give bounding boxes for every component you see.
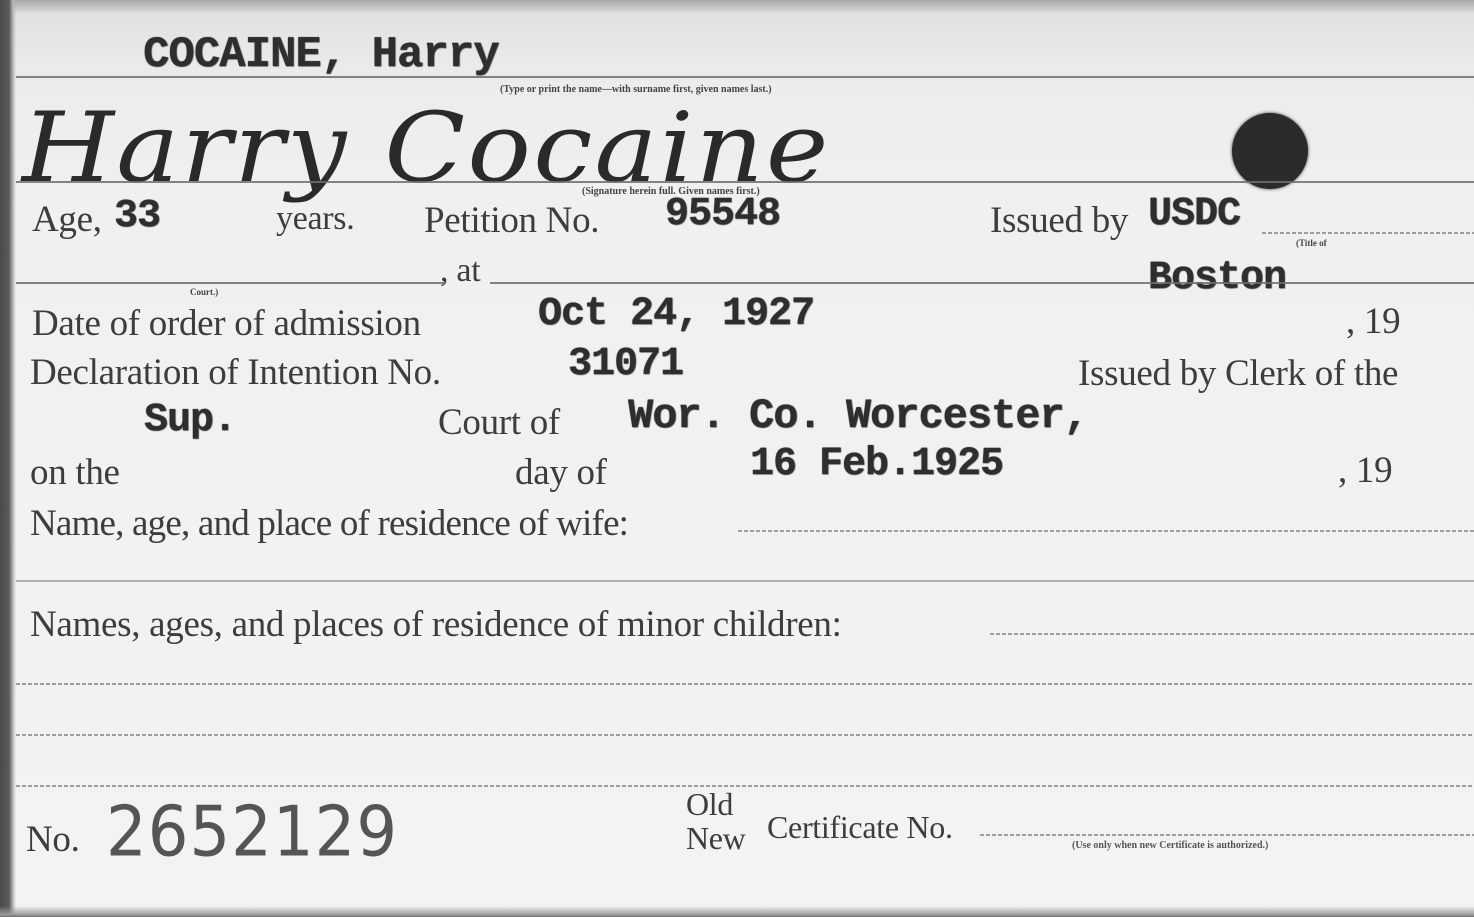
typed-name: COCAINE, Harry bbox=[143, 30, 499, 80]
ink-blot bbox=[1232, 113, 1308, 189]
court-rule-right bbox=[490, 282, 1474, 284]
on-the-label: on the bbox=[30, 451, 120, 494]
day-of-label: day of bbox=[515, 451, 607, 494]
at-label: , at bbox=[440, 252, 480, 290]
issued-by-label: Issued by bbox=[990, 199, 1128, 242]
admission-date: Oct 24, 1927 bbox=[538, 292, 814, 337]
signature-rule bbox=[16, 181, 1474, 183]
court-caption: Court.) bbox=[190, 287, 218, 297]
court-rule-left bbox=[16, 282, 446, 284]
card-left-edge bbox=[0, 0, 16, 917]
age-label: Age, bbox=[32, 198, 102, 241]
declaration-court-of: Wor. Co. Worcester, bbox=[628, 392, 1088, 440]
children-label: Names, ages, and places of residence of … bbox=[30, 603, 842, 646]
title-caption: (Title of bbox=[1296, 238, 1327, 248]
cert-no-label: No. bbox=[26, 818, 80, 861]
new-cert-caption: (Use only when new Certificate is author… bbox=[1072, 840, 1268, 851]
children-rule-2 bbox=[16, 683, 1474, 685]
court-of-label: Court of bbox=[438, 401, 560, 444]
years-label: years. bbox=[276, 200, 354, 238]
children-rule-3 bbox=[16, 734, 1474, 736]
issued-by-clerk-label: Issued by Clerk of the bbox=[1078, 352, 1398, 395]
naturalization-index-card: COCAINE, Harry (Type or print the name—w… bbox=[0, 0, 1474, 917]
new-cert-rule bbox=[980, 834, 1474, 836]
name-rule bbox=[16, 76, 1474, 78]
declaration-court: Sup. bbox=[144, 398, 236, 443]
certificate-no-label: Certificate No. bbox=[767, 809, 953, 846]
age-value: 33 bbox=[114, 194, 160, 239]
wife-rule-2 bbox=[16, 580, 1474, 582]
issued-by-value: USDC bbox=[1148, 192, 1240, 237]
top-shadow bbox=[0, 0, 1474, 14]
court-location: Boston bbox=[1148, 256, 1286, 301]
admission-label: Date of order of admission bbox=[32, 302, 421, 345]
declaration-date: 16 Feb.1925 bbox=[750, 442, 1003, 487]
bottom-shadow bbox=[0, 906, 1474, 917]
issued-by-rule bbox=[1262, 232, 1474, 234]
old-label: Old bbox=[686, 786, 733, 823]
declaration-number: 31071 bbox=[568, 342, 683, 387]
children-rule-1 bbox=[990, 633, 1474, 635]
declaration-year-suffix: , 19 bbox=[1338, 449, 1392, 492]
petition-label: Petition No. bbox=[424, 199, 599, 242]
certificate-number: 2652129 bbox=[106, 793, 398, 873]
wife-label: Name, age, and place of residence of wif… bbox=[30, 502, 628, 545]
petition-number: 95548 bbox=[665, 192, 780, 237]
admission-year-suffix: , 19 bbox=[1346, 300, 1400, 343]
declaration-label: Declaration of Intention No. bbox=[30, 351, 441, 394]
children-rule-4 bbox=[16, 785, 1474, 787]
wife-rule-1 bbox=[738, 530, 1474, 532]
new-label: New bbox=[686, 820, 746, 857]
